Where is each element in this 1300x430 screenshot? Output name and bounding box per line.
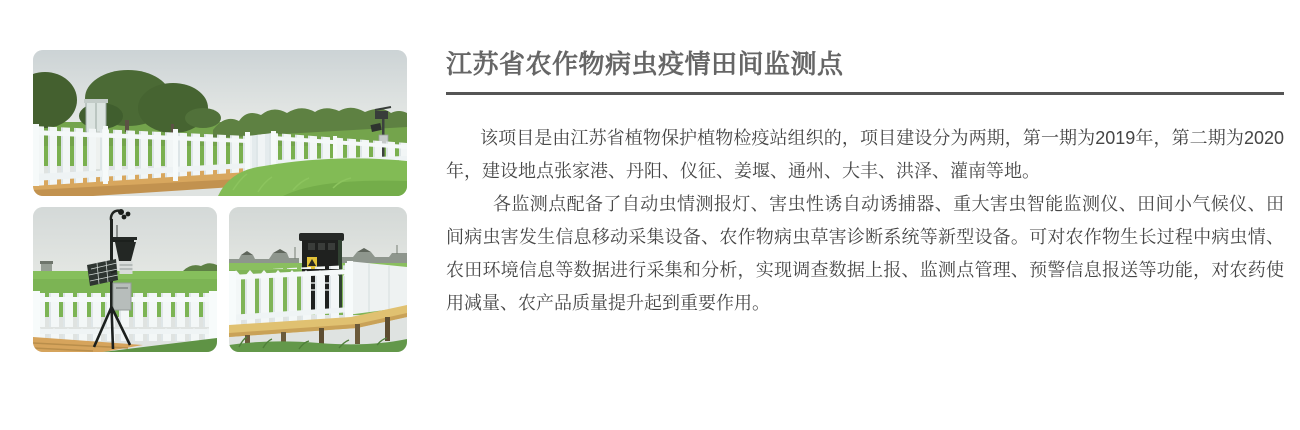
page-title: 江苏省农作物病虫疫情田间监测点 (446, 47, 1284, 81)
title-divider (446, 92, 1284, 95)
article: 江苏省农作物病虫疫情田间监测点 该项目是由江苏省植物保护植物检疫站组织的，项目建… (446, 47, 1284, 320)
monitoring-site-panorama-photo (33, 50, 407, 196)
paragraph-equipment-functions: 各监测点配备了自动虫情测报灯、害虫性诱自动诱捕器、重大害虫智能监测仪、田间小气候… (446, 188, 1284, 320)
page: 江苏省农作物病虫疫情田间监测点 该项目是由江苏省植物保护植物检疫站组织的，项目建… (0, 0, 1300, 430)
paragraph-project-overview: 该项目是由江苏省植物保护植物检疫站组织的，项目建设分为两期，第一期为2019年，… (446, 122, 1284, 188)
photo-row (33, 207, 407, 352)
weather-station-closeup-photo (33, 207, 217, 352)
photo-collage (33, 50, 407, 352)
equipment-cabinet-platform-photo (229, 207, 407, 352)
